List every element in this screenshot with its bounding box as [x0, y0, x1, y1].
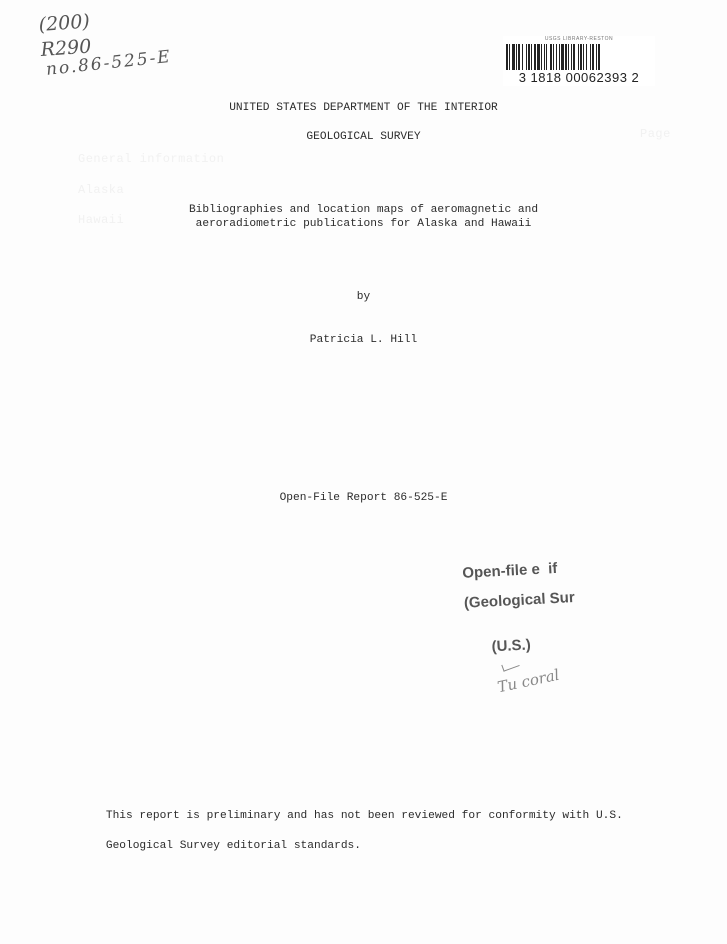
barcode-number: 3 1818 00062393 2	[503, 70, 655, 85]
document-page: Page General information Alaska Hawaii (…	[0, 0, 727, 944]
bleed-through-row: General information	[78, 152, 224, 166]
byline-by: by	[0, 290, 727, 304]
agency-heading: UNITED STATES DEPARTMENT OF THE INTERIOR	[0, 101, 727, 115]
disclaimer: This report is preliminary and has not b…	[79, 794, 623, 869]
stamp-line2: (Geological Sur	[464, 588, 588, 611]
report-title-line2: aeroradiometric publications for Alaska …	[0, 217, 727, 231]
stamp-line3: (U.S.)	[449, 634, 590, 656]
disclaimer-line2: Geological Survey editorial standards.	[106, 840, 361, 852]
report-number: Open-File Report 86-525-E	[0, 491, 727, 505]
library-barcode: USGS LIBRARY-RESTON 3 1818 00062393 2	[503, 36, 655, 86]
bureau-heading: GEOLOGICAL SURVEY	[0, 130, 727, 144]
barcode-bars	[506, 44, 652, 70]
bleed-through-row: Alaska	[78, 183, 124, 197]
stamp-line1: Open-file e if	[462, 560, 558, 582]
handwritten-call-number-line1: (200)	[38, 10, 91, 36]
disclaimer-line1: This report is preliminary and has not b…	[106, 810, 623, 822]
report-title-line1: Bibliographies and location maps of aero…	[0, 203, 727, 217]
author-name: Patricia L. Hill	[0, 333, 727, 347]
barcode-caption: USGS LIBRARY-RESTON	[503, 36, 655, 42]
